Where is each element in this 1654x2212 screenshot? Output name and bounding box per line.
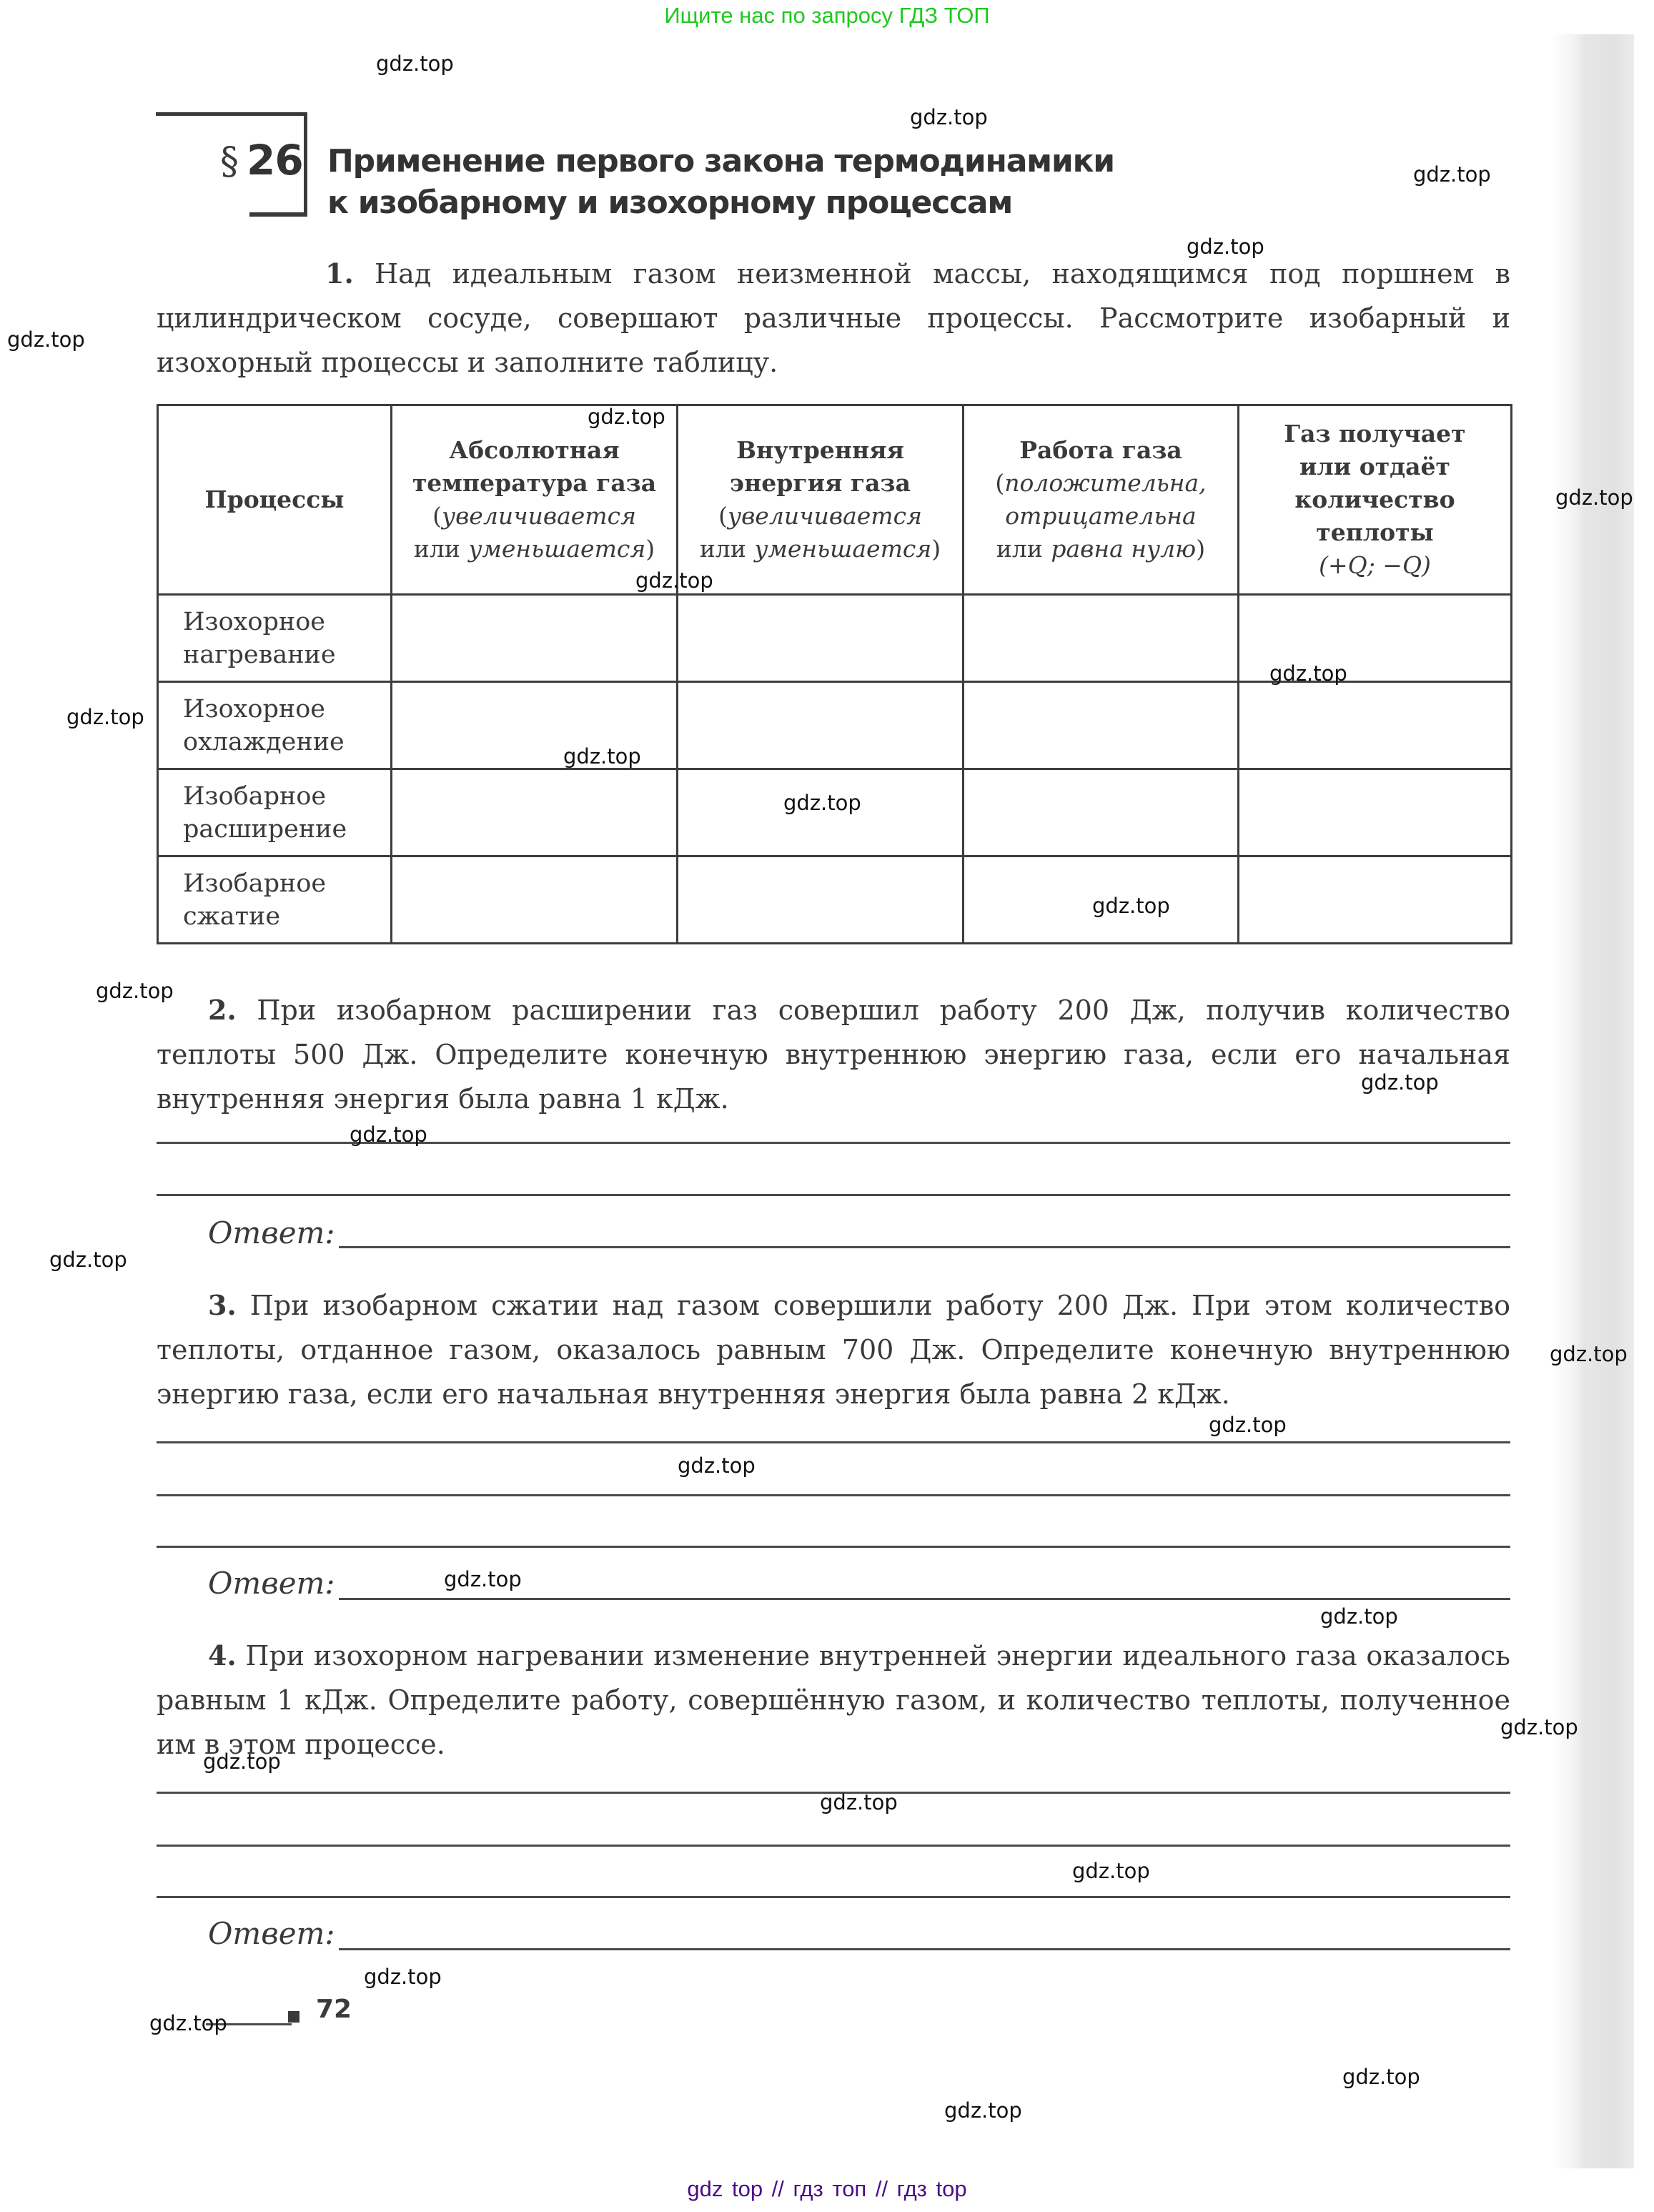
- answer-line[interactable]: [157, 1194, 1510, 1196]
- cell-input[interactable]: [964, 595, 1239, 682]
- watermark: gdz.top: [944, 2098, 1022, 2123]
- task3-answer-field[interactable]: [339, 1598, 1510, 1600]
- header-work: Работа газа (положительна, отрицательна …: [964, 405, 1239, 595]
- watermark: gdz.top: [1500, 1715, 1578, 1739]
- cell-input[interactable]: [964, 769, 1239, 856]
- row-process-label: Изохорное нагревание: [158, 595, 392, 682]
- answer-line[interactable]: [157, 1546, 1510, 1548]
- table-row: Изохорное охлаждение: [158, 682, 1512, 769]
- row-process-label: Изобарное сжатие: [158, 856, 392, 944]
- task4-answer-field[interactable]: [339, 1948, 1510, 1950]
- task3-number: 3.: [208, 1289, 237, 1321]
- section-number: 26: [247, 136, 303, 184]
- watermark: gdz.top: [1555, 485, 1633, 510]
- section-title-line2: к изобарному и изохорному процессам: [327, 182, 1114, 224]
- cell-input[interactable]: [678, 682, 964, 769]
- watermark: gdz.top: [1550, 1342, 1628, 1366]
- section-frame-bottom: [249, 212, 307, 217]
- watermark: gdz.top: [1413, 162, 1491, 187]
- cell-input[interactable]: [1239, 682, 1512, 769]
- section-title: Применение первого закона термодинамики …: [327, 141, 1114, 224]
- watermark: gdz.top: [364, 1965, 442, 1989]
- cell-input[interactable]: [678, 595, 964, 682]
- watermark: gdz.top: [96, 979, 174, 1003]
- task4-text: 4. При изохорном нагревании изменение вн…: [157, 1634, 1510, 1767]
- task4-body: При изохорном нагревании изменение внутр…: [157, 1640, 1510, 1760]
- watermark: gdz.top: [635, 568, 713, 593]
- table-row: Изобарное сжатие: [158, 856, 1512, 944]
- watermark: gdz.top: [149, 2011, 227, 2035]
- top-banner[interactable]: Ищите нас по запросу ГДЗ ТОП: [0, 3, 1654, 29]
- task3-body: При изобарном сжатии над газом совершили…: [157, 1290, 1510, 1410]
- section-title-line1: Применение первого закона термодинамики: [327, 141, 1114, 182]
- watermark: gdz.top: [563, 744, 641, 769]
- watermark: gdz.top: [1209, 1413, 1287, 1437]
- task1-text: 1. Над идеальным газом неизменной массы,…: [157, 252, 1510, 385]
- task1-number: 1.: [325, 257, 354, 290]
- watermark: gdz.top: [1072, 1859, 1150, 1883]
- watermark: gdz.top: [820, 1790, 898, 1814]
- watermark: gdz.top: [783, 791, 861, 815]
- task4-number: 4.: [208, 1639, 237, 1672]
- watermark: gdz.top: [588, 405, 665, 429]
- watermark: gdz.top: [1342, 2065, 1420, 2089]
- table-header-row: Процессы Абсолютная температура газа (ув…: [158, 405, 1512, 595]
- header-heat: Газ получает или отдаёт количество тепло…: [1239, 405, 1512, 595]
- watermark: gdz.top: [7, 327, 85, 352]
- bottom-banner[interactable]: gdz top // гдз топ // гдз top: [0, 2176, 1654, 2202]
- watermark: gdz.top: [1092, 894, 1170, 918]
- row-process-label: Изобарное расширение: [158, 769, 392, 856]
- watermark: gdz.top: [1187, 234, 1264, 259]
- watermark: gdz.top: [1269, 661, 1347, 686]
- header-temperature: Абсолютная температура газа (увеличивает…: [392, 405, 678, 595]
- watermark: gdz.top: [350, 1122, 427, 1147]
- watermark: gdz.top: [66, 705, 144, 729]
- answer-line[interactable]: [157, 1441, 1510, 1443]
- answer-line[interactable]: [157, 1494, 1510, 1496]
- task1-body: Над идеальным газом неизменной массы, на…: [157, 258, 1510, 378]
- page-edge: [1573, 34, 1634, 2168]
- page-edge-shadow: [1551, 34, 1573, 2168]
- header-internal-energy: Внутренняя энергия газа (увеличивается и…: [678, 405, 964, 595]
- cell-input[interactable]: [1239, 856, 1512, 944]
- task2-text: 2. При изобарном расширении газ совершил…: [157, 988, 1510, 1121]
- task2-answer-field[interactable]: [339, 1246, 1510, 1248]
- task2-body: При изобарном расширении газ совершил ра…: [157, 994, 1510, 1115]
- cell-input[interactable]: [392, 856, 678, 944]
- page-number-marker: [288, 2011, 299, 2023]
- answer-line[interactable]: [157, 1896, 1510, 1898]
- cell-input[interactable]: [964, 682, 1239, 769]
- cell-input[interactable]: [392, 595, 678, 682]
- watermark: gdz.top: [203, 1749, 281, 1774]
- cell-input[interactable]: [1239, 769, 1512, 856]
- watermark: gdz.top: [1320, 1604, 1398, 1629]
- watermark: gdz.top: [910, 105, 988, 129]
- task2-number: 2.: [208, 994, 237, 1026]
- page-number: 72: [316, 1995, 352, 2024]
- task3-text: 3. При изобарном сжатии над газом соверш…: [157, 1283, 1510, 1416]
- cell-input[interactable]: [678, 856, 964, 944]
- row-process-label: Изохорное охлаждение: [158, 682, 392, 769]
- watermark: gdz.top: [678, 1453, 756, 1478]
- watermark: gdz.top: [376, 51, 454, 76]
- watermark: gdz.top: [1361, 1070, 1439, 1095]
- watermark: gdz.top: [444, 1567, 522, 1591]
- answer-line[interactable]: [157, 1845, 1510, 1847]
- task3-answer-label: Ответ:: [208, 1566, 335, 1601]
- watermark: gdz.top: [49, 1248, 127, 1272]
- task2-answer-label: Ответ:: [208, 1215, 335, 1250]
- task4-answer-label: Ответ:: [208, 1916, 335, 1951]
- cell-input[interactable]: [392, 769, 678, 856]
- section-symbol: §: [220, 140, 239, 183]
- header-processes: Процессы: [158, 405, 392, 595]
